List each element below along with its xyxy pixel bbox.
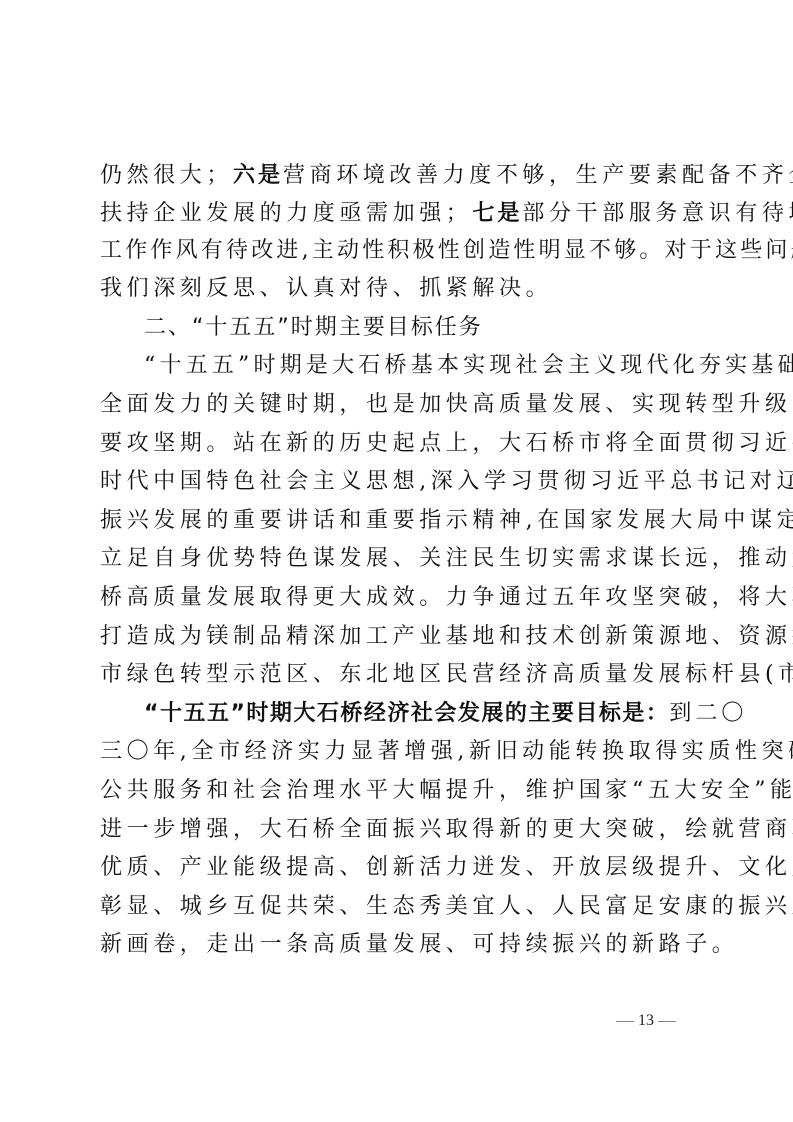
page-number: 13 (612, 1012, 680, 1030)
dash-right (658, 1021, 676, 1022)
text-line: 三〇年,全市经济实力显著增强,新旧动能转换取得实质性突破, (100, 733, 700, 771)
text-line: 全面发力的关键时期，也是加快高质量发展、实现转型升级的重 (100, 386, 700, 424)
text-segment: 仍然很大； (100, 163, 233, 188)
bold-lead: “十五五”时期大石桥经济社会发展的主要目标是： (144, 701, 669, 726)
document-page: 仍然很大；六是营商环境改善力度不够，生产要素配备不齐全， 扶持企业发展的力度亟需… (0, 0, 793, 1122)
text-line: 市绿色转型示范区、东北地区民营经济高质量发展标杆县(市)。 (100, 656, 700, 694)
text-segment: 工作作风有待改进,主动性积极性创造性明显不够。对于这些问题， (100, 238, 793, 263)
bold-label: 七是 (472, 201, 522, 226)
text-line: 桥高质量发展取得更大成效。力争通过五年攻坚突破，将大石桥 (100, 579, 700, 617)
text-segment: 我们深刻反思、认真对待、抓紧解决。 (100, 276, 552, 301)
text-segment: 营商环境改善力度不够，生产要素配备不齐全， (283, 163, 793, 188)
text-line: 公共服务和社会治理水平大幅提升，维护国家“五大安全”能力 (100, 772, 700, 810)
text-line: 扶持企业发展的力度亟需加强；七是部分干部服务意识有待增强、 (100, 195, 700, 233)
text-line: 我们深刻反思、认真对待、抓紧解决。 (100, 270, 700, 308)
text-line: 立足自身优势特色谋发展、关注民生切实需求谋长远，推动大石 (100, 540, 700, 578)
text-line: 振兴发展的重要讲话和重要指示精神,在国家发展大局中谋定位、 (100, 502, 700, 540)
text-segment: 到二〇 (669, 701, 747, 726)
text-segment: 扶持企业发展的力度亟需加强； (100, 201, 472, 226)
text-line: 工作作风有待改进,主动性积极性创造性明显不够。对于这些问题， (100, 232, 700, 270)
text-line: “十五五”时期是大石桥基本实现社会主义现代化夯实基础、 (144, 347, 744, 385)
section-heading: 二、“十五五”时期主要目标任务 (144, 309, 744, 347)
text-line: 进一步增强，大石桥全面振兴取得新的更大突破，绘就营商环境 (100, 811, 700, 849)
text-line: 优质、产业能级提高、创新活力迸发、开放层级提升、文化魅力 (100, 849, 700, 887)
text-line: 仍然很大；六是营商环境改善力度不够，生产要素配备不齐全， (100, 157, 700, 195)
text-line: 要攻坚期。站在新的历史起点上，大石桥市将全面贯彻习近平新 (100, 425, 700, 463)
text-line: 打造成为镁制品精深加工产业基地和技术创新策源地、资源型城 (100, 618, 700, 656)
text-line: 新画卷，走出一条高质量发展、可持续振兴的新路子。 (100, 926, 700, 964)
text-line: 彰显、城乡互促共荣、生态秀美宜人、人民富足安康的振兴发展 (100, 888, 700, 926)
text-segment: 部分干部服务意识有待增强、 (522, 201, 793, 226)
dash-left (616, 1021, 634, 1022)
page-number-value: 13 (638, 1012, 654, 1029)
text-line: 时代中国特色社会主义思想,深入学习贯彻习近平总书记对辽宁 (100, 463, 700, 501)
text-line: “十五五”时期大石桥经济社会发展的主要目标是：到二〇 (144, 695, 744, 733)
bold-label: 六是 (233, 163, 283, 188)
